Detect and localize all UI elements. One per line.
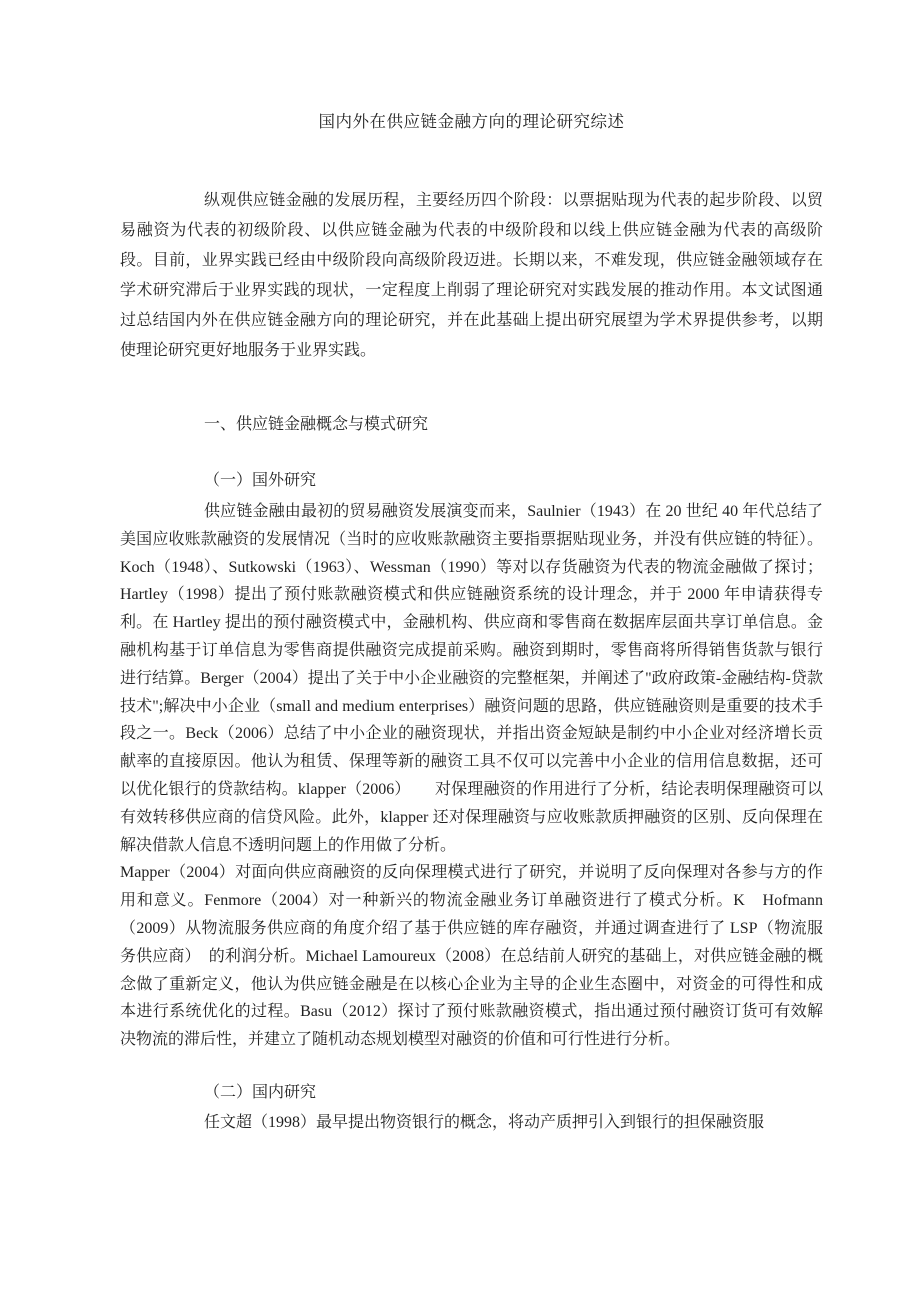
intro-paragraph: 纵观供应链金融的发展历程，主要经历四个阶段：以票据贴现为代表的起步阶段、以贸易融… [120,186,823,366]
document-content: 国内外在供应链金融方向的理论研究综述 纵观供应链金融的发展历程，主要经历四个阶段… [120,110,823,1137]
foreign-research-paragraph-1: 供应链金融由最初的贸易融资发展演变而来，Saulnier（1943）在 20 世… [120,498,823,859]
domestic-research-heading: （二）国内研究 [120,1080,823,1106]
document-title: 国内外在供应链金融方向的理论研究综述 [120,110,823,134]
foreign-research-heading: （一）国外研究 [120,468,823,494]
document-page: 国内外在供应链金融方向的理论研究综述 纵观供应链金融的发展历程，主要经历四个阶段… [0,0,920,1302]
domestic-research-paragraph: 任文超（1998）最早提出物资银行的概念，将动产质押引入到银行的担保融资服 [120,1109,823,1137]
foreign-research-paragraph-2: Mapper（2004）对面向供应商融资的反向保理模式进行了研究，并说明了反向保… [120,859,823,1054]
section-one-heading: 一、供应链金融概念与模式研究 [120,412,823,438]
